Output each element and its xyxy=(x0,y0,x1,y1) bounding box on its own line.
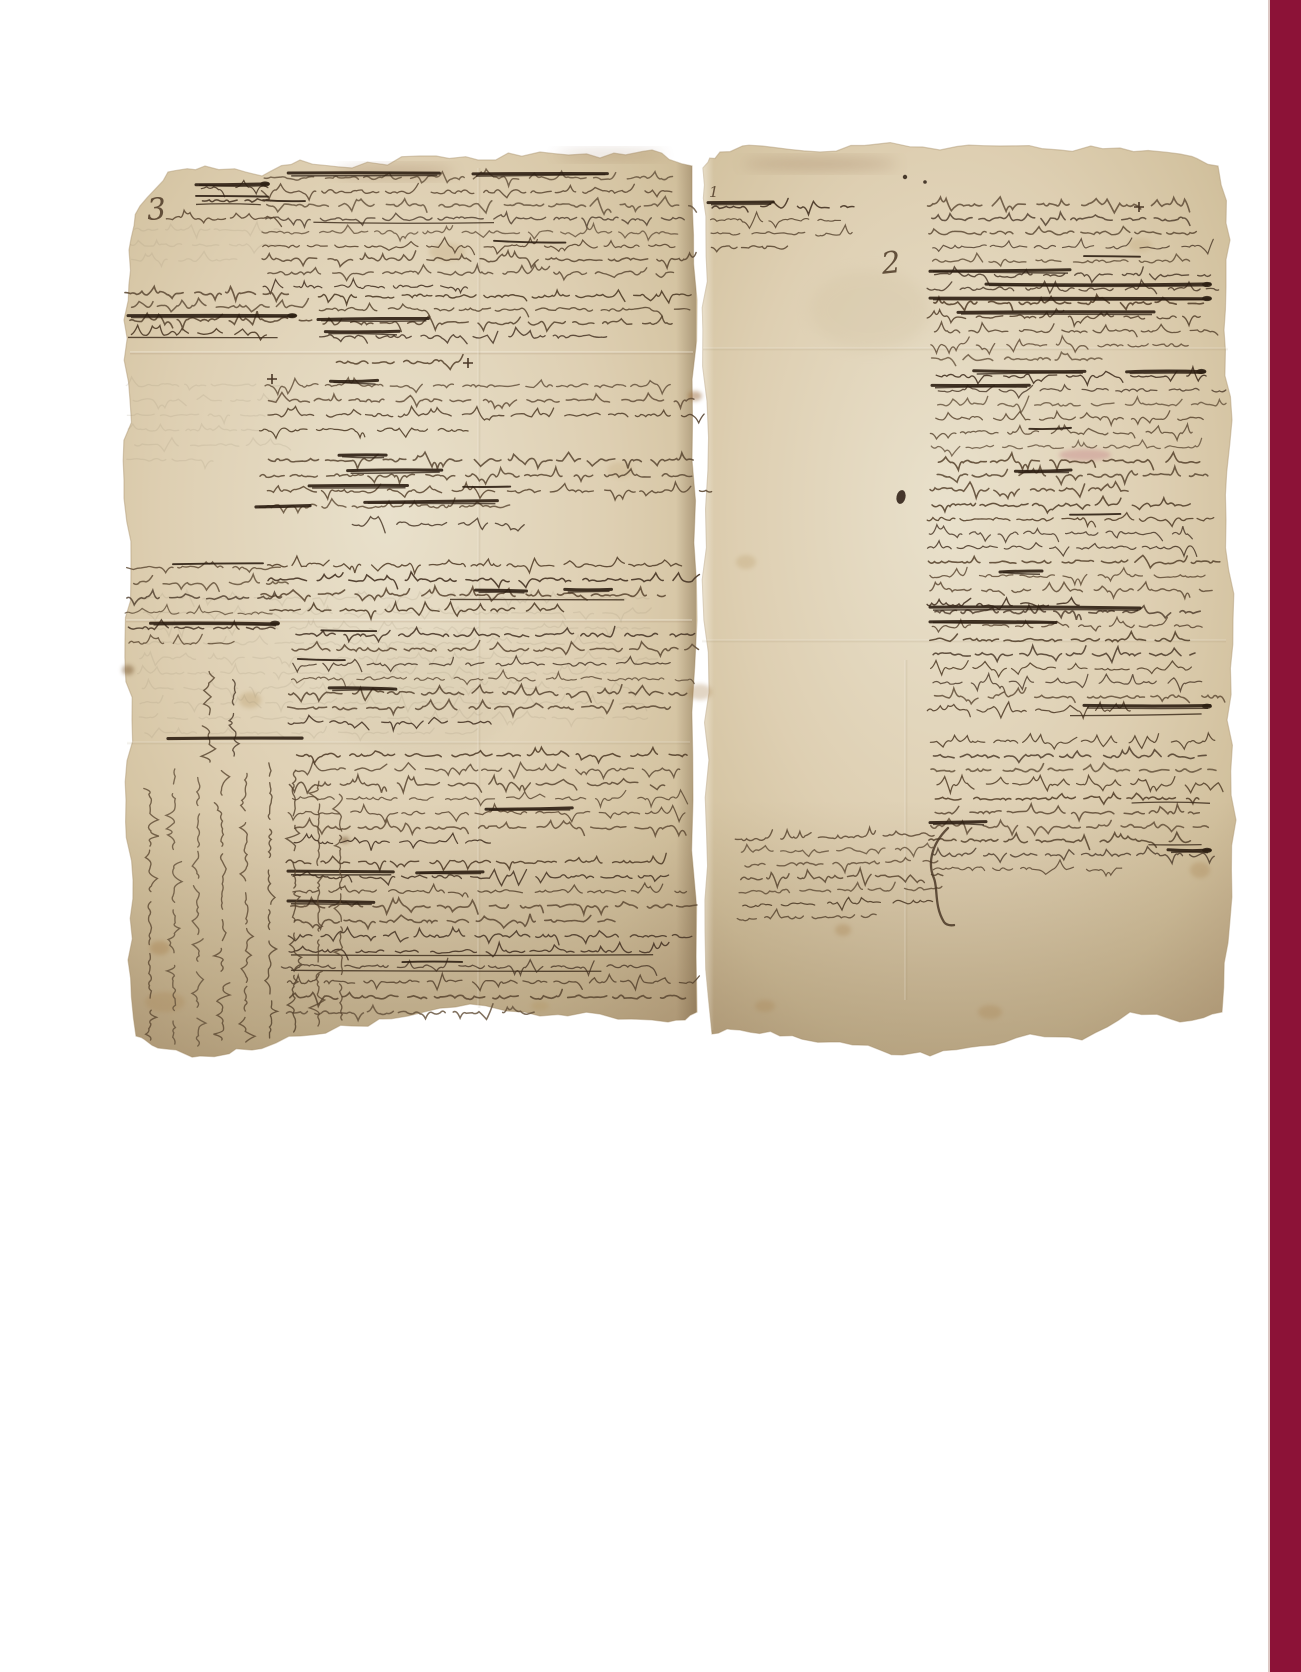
strikethrough-mark xyxy=(708,202,773,203)
strikethrough-mark xyxy=(332,690,394,691)
strikethrough-mark xyxy=(330,380,377,381)
ink-smear xyxy=(1202,848,1212,853)
stain xyxy=(688,391,702,401)
stain xyxy=(810,270,930,350)
strikethrough-mark xyxy=(933,300,1208,301)
strikethrough-mark xyxy=(1084,256,1140,257)
strikethrough-mark xyxy=(479,592,525,593)
strikethrough-mark xyxy=(325,331,399,332)
left-leaf-shading xyxy=(123,150,697,1057)
right-page-number: 2 xyxy=(880,248,902,280)
strikethrough-mark xyxy=(930,270,1070,272)
strikethrough-mark xyxy=(1084,705,1210,706)
manuscript-svg xyxy=(0,0,1301,1672)
strikethrough-mark xyxy=(1127,371,1205,372)
ink-smear xyxy=(260,181,270,186)
fold-shadow xyxy=(676,150,696,1030)
strikethrough-mark xyxy=(486,808,572,809)
stain xyxy=(736,555,756,569)
strikethrough-mark xyxy=(321,321,426,322)
strikethrough-mark xyxy=(173,563,263,564)
strikethrough-mark xyxy=(256,506,310,507)
strikethrough-mark xyxy=(291,175,437,176)
strikethrough-mark xyxy=(565,589,612,590)
strikethrough-mark xyxy=(1015,470,1071,471)
strikethrough-mark xyxy=(318,318,428,319)
strikethrough-mark xyxy=(291,904,372,905)
strikethrough-mark xyxy=(476,590,527,591)
strikethrough-mark xyxy=(348,470,442,471)
stain xyxy=(150,941,170,955)
strikethrough-mark xyxy=(131,317,293,318)
stain xyxy=(742,159,898,169)
stain xyxy=(1128,238,1152,252)
strikethrough-mark xyxy=(1000,571,1042,572)
page-background: 3 1 2 xyxy=(0,0,1301,1672)
stain xyxy=(978,1005,1002,1019)
stain xyxy=(688,684,712,700)
strikethrough-mark xyxy=(365,501,498,503)
ink-smear xyxy=(1202,296,1212,301)
strikethrough-mark xyxy=(288,871,393,872)
ink-smear xyxy=(1202,704,1212,709)
stain xyxy=(755,1000,775,1012)
strikethrough-mark xyxy=(933,609,1138,610)
ink-smear xyxy=(287,313,297,318)
strikethrough-mark xyxy=(930,822,986,823)
strikethrough-mark xyxy=(568,591,610,592)
strikethrough-mark xyxy=(974,371,1085,372)
strikethrough-mark xyxy=(196,184,268,185)
strikethrough-mark xyxy=(321,630,376,631)
strikethrough-mark xyxy=(420,873,481,874)
stain xyxy=(1059,449,1111,461)
strikethrough-mark xyxy=(961,314,1152,315)
strikethrough-mark xyxy=(1070,514,1120,515)
stain xyxy=(1190,862,1210,878)
stain xyxy=(555,151,665,159)
ink-dot xyxy=(903,175,907,179)
ink-smear xyxy=(270,621,280,626)
ink-smear xyxy=(1196,369,1206,374)
stain xyxy=(835,924,851,936)
strikethrough-mark xyxy=(930,298,1210,299)
stain xyxy=(122,665,134,675)
strikethrough-mark xyxy=(986,284,1210,285)
strikethrough-mark xyxy=(402,962,462,963)
strikethrough-mark xyxy=(958,312,1154,313)
fold-highlight xyxy=(702,150,714,1030)
manuscript-photo: 3 1 2 xyxy=(0,0,1301,1672)
ink-dot xyxy=(923,180,927,184)
right-corner-number: 1 xyxy=(709,185,719,200)
right-accent-stripe xyxy=(1270,0,1301,1672)
strikethrough-mark xyxy=(930,607,1140,608)
strikethrough-mark xyxy=(288,901,374,902)
strikethrough-mark xyxy=(196,196,268,197)
ink-smear xyxy=(1202,282,1212,287)
stain xyxy=(531,1001,549,1011)
left-page-number: 3 xyxy=(146,195,167,226)
strikethrough-mark xyxy=(1171,852,1208,853)
